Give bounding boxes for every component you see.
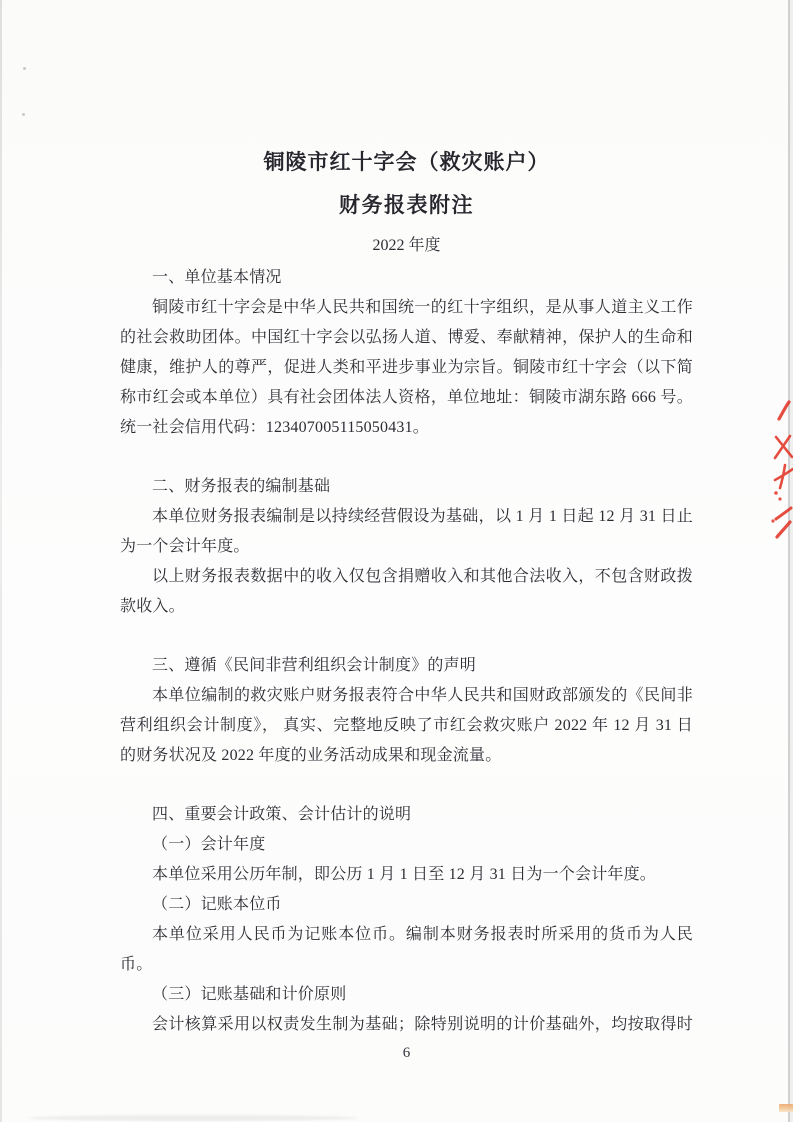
document-subtitle: 财务报表附注 xyxy=(120,191,693,221)
section-heading: 二、财务报表的编制基础 xyxy=(120,472,693,502)
subsection-heading: （一）会计年度 xyxy=(120,830,693,860)
subsection-heading: （三）记账基础和计价原则 xyxy=(120,980,693,1010)
text-line: 的财务状况及 2022 年度的业务活动成果和现金流量。 xyxy=(120,741,693,771)
text-line: 款收入。 xyxy=(120,592,693,622)
scan-bottom-shadow xyxy=(28,1115,358,1121)
page-number: 6 xyxy=(120,1045,693,1062)
text-line: 为一个会计年度。 xyxy=(120,532,693,562)
section-heading: 三、遵循《民间非营利组织会计制度》的声明 xyxy=(120,651,693,681)
text-line: 本单位财务报表编制是以持续经营假设为基础，以 1 月 1 日起 12 月 31 … xyxy=(120,502,693,532)
section-heading: 四、重要会计政策、会计估计的说明 xyxy=(120,800,693,830)
text-line: 健康，维护人的尊严，促进人类和平进步事业为宗旨。铜陵市红十字会（以下简 xyxy=(120,353,693,383)
text-line: 币。 xyxy=(120,950,693,980)
text-line: 会计核算采用以权责发生制为基础；除特别说明的计价基础外，均按取得时 xyxy=(120,1010,693,1040)
scan-speck xyxy=(22,113,25,116)
text-line: 称市红会或本单位）具有社会团体法人资格，单位地址：铜陵市湖东路 666 号。 xyxy=(120,383,693,413)
text-line: 统一社会信用代码：123407005115050431。 xyxy=(120,413,693,443)
text-line: 铜陵市红十字会是中华人民共和国统一的红十字组织，是从事人道主义工作 xyxy=(120,293,693,323)
scan-speck xyxy=(23,67,26,70)
section-heading: 一、单位基本情况 xyxy=(120,263,693,293)
scan-right-edge-line xyxy=(788,0,790,1122)
document-title: 铜陵市红十字会（救灾账户） xyxy=(120,148,693,178)
document-body: 铜陵市红十字会（救灾账户） 财务报表附注 2022 年度 一、单位基本情况 铜陵… xyxy=(120,0,693,1062)
subsection-heading: （二）记账本位币 xyxy=(120,890,693,920)
document-period: 2022 年度 xyxy=(120,233,693,259)
text-line: 本单位采用公历年制，即公历 1 月 1 日至 12 月 31 日为一个会计年度。 xyxy=(120,860,693,890)
scanned-document-page: 铜陵市红十字会（救灾账户） 财务报表附注 2022 年度 一、单位基本情况 铜陵… xyxy=(0,0,793,1122)
text-line: 以上财务报表数据中的收入仅包含捐赠收入和其他合法收入，不包含财政拨 xyxy=(120,562,693,592)
scan-edge-orange-mark xyxy=(779,1104,793,1112)
text-line: 营利组织会计制度》， 真实、完整地反映了市红会救灾账户 2022 年 12 月 … xyxy=(120,711,693,741)
text-line: 本单位采用人民币为记账本位币。编制本财务报表时所采用的货币为人民 xyxy=(120,920,693,950)
handwritten-red-marks xyxy=(767,396,793,561)
text-line: 本单位编制的救灾账户财务报表符合中华人民共和国财政部颁发的《民间非 xyxy=(120,681,693,711)
text-line: 的社会救助团体。中国红十字会以弘扬人道、博爱、奉献精神，保护人的生命和 xyxy=(120,323,693,353)
scan-left-edge xyxy=(0,0,2,1122)
